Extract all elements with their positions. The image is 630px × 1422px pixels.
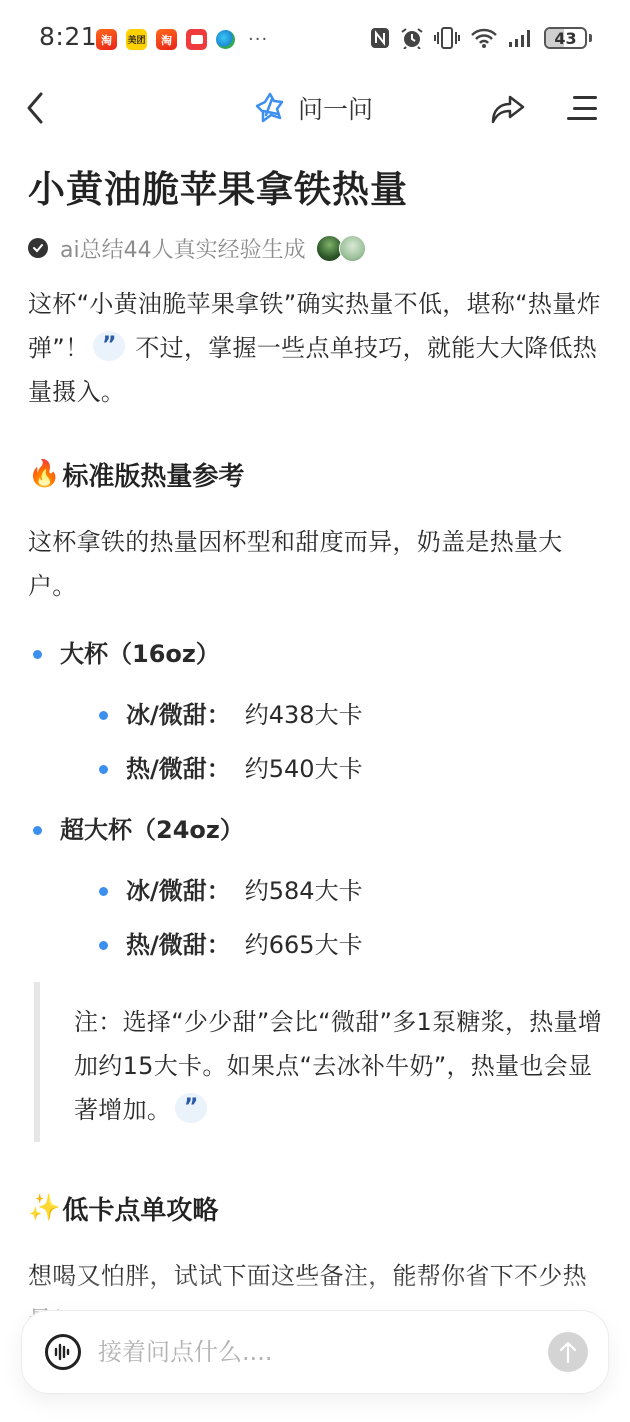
item-key: 热/微甜：	[126, 931, 231, 959]
item-value: 约438大卡	[245, 701, 363, 729]
intro-paragraph: 这杯“小黄油脆苹果拿铁”确实热量不低，堪称“热量炸弹”！”不过，掌握一些点单技巧…	[28, 282, 603, 414]
section-heading-text: 标准版热量参考	[62, 456, 244, 493]
wifi-icon	[470, 27, 498, 49]
menu-line	[573, 107, 597, 110]
article-content: 小黄油脆苹果拿铁热量 ai总结44人真实经验生成 这杯“小黄油脆苹果拿铁”确实热…	[28, 160, 603, 1342]
calorie-sublist: 冰/微甜：约438大卡 热/微甜：约540大卡	[60, 688, 603, 796]
back-button[interactable]	[20, 88, 50, 128]
list-item: 热/微甜：约665大卡	[60, 918, 603, 972]
list-item: 热/微甜：约540大卡	[60, 742, 603, 796]
notification-icons: 淘 美团 淘 ···	[96, 29, 268, 50]
item-value: 约665大卡	[245, 931, 363, 959]
share-button[interactable]	[488, 90, 528, 126]
size-label: 超大杯（24oz）	[60, 816, 244, 844]
meituan-icon: 美团	[126, 29, 147, 50]
item-key: 冰/微甜：	[126, 877, 231, 905]
follow-up-question-input[interactable]	[98, 1338, 548, 1366]
section-heading: 🔥 标准版热量参考	[28, 454, 603, 494]
signal-icon	[508, 28, 534, 48]
list-item-size: 超大杯（24oz） 冰/微甜：约584大卡 热/微甜：约665大卡	[28, 806, 603, 972]
sparkles-icon: ✨	[28, 1193, 60, 1223]
nav-title-text: 问一问	[298, 90, 373, 126]
nfc-icon	[370, 27, 390, 49]
avatar	[339, 235, 366, 262]
menu-line	[567, 117, 597, 120]
note-text: 注：选择“少少甜”会比“微甜”多1泵糖浆，热量增加约15大卡。如果点“去冰补牛奶…	[74, 1000, 603, 1132]
voice-wave-icon	[44, 1333, 82, 1371]
taobao-icon: 淘	[96, 29, 117, 50]
item-key: 热/微甜：	[126, 755, 231, 783]
chevron-left-icon	[25, 92, 45, 124]
calorie-list: 大杯（16oz） 冰/微甜：约438大卡 热/微甜：约540大卡 超大杯（24o…	[28, 630, 603, 972]
battery-level: 43	[554, 29, 576, 48]
vibrate-icon	[434, 27, 460, 49]
source-summary[interactable]: ai总结44人真实经验生成	[60, 233, 306, 264]
top-nav-bar: 问一问	[0, 78, 630, 138]
note-blockquote: 注：选择“少少甜”会比“微甜”多1泵糖浆，热量增加约15大卡。如果点“去冰补牛奶…	[34, 982, 603, 1142]
taobao-icon: 淘	[156, 29, 177, 50]
fire-icon: 🔥	[28, 459, 60, 489]
source-avatars[interactable]	[316, 235, 366, 262]
voice-input-button[interactable]	[44, 1333, 82, 1371]
list-item: 冰/微甜：约438大卡	[60, 688, 603, 742]
battery-nub	[589, 34, 592, 42]
system-icons: 43	[370, 27, 592, 49]
item-value: 约540大卡	[245, 755, 363, 783]
item-value: 约584大卡	[245, 877, 363, 905]
battery-indicator: 43	[544, 27, 587, 49]
citation-quote-icon[interactable]: ”	[175, 1093, 207, 1123]
calorie-sublist: 冰/微甜：约584大卡 热/微甜：约665大卡	[60, 864, 603, 972]
ai-star-icon	[254, 91, 286, 125]
section-heading-text: 低卡点单攻略	[62, 1190, 218, 1227]
item-key: 冰/微甜：	[126, 701, 231, 729]
alarm-icon	[400, 27, 424, 49]
reader-icon	[186, 29, 207, 50]
share-icon	[490, 92, 526, 124]
section-description: 这杯拿铁的热量因杯型和甜度而异，奶盖是热量大户。	[28, 520, 603, 608]
list-item-size: 大杯（16oz） 冰/微甜：约438大卡 热/微甜：约540大卡	[28, 630, 603, 796]
list-item: 冰/微甜：约584大卡	[60, 864, 603, 918]
more-notifications-icon: ···	[248, 29, 268, 50]
citation-quote-icon[interactable]: ”	[93, 331, 125, 361]
section-heading: ✨ 低卡点单攻略	[28, 1188, 603, 1228]
note-content: 注：选择“少少甜”会比“微甜”多1泵糖浆，热量增加约15大卡。如果点“去冰补牛奶…	[74, 1008, 602, 1124]
browser-icon	[216, 30, 235, 49]
send-button[interactable]	[548, 1332, 588, 1372]
chat-input-bar	[21, 1310, 609, 1394]
article-title: 小黄油脆苹果拿铁热量	[28, 160, 603, 220]
arrow-up-icon	[558, 1340, 578, 1364]
status-bar: 8:21 淘 美团 淘 ··· 43	[0, 0, 630, 78]
size-label: 大杯（16oz）	[60, 640, 220, 668]
article-meta: ai总结44人真实经验生成	[28, 232, 603, 264]
nav-title: 问一问	[254, 90, 373, 126]
menu-line	[573, 96, 597, 99]
menu-button[interactable]	[565, 92, 601, 124]
check-icon	[28, 238, 48, 258]
status-time: 8:21	[39, 22, 97, 51]
